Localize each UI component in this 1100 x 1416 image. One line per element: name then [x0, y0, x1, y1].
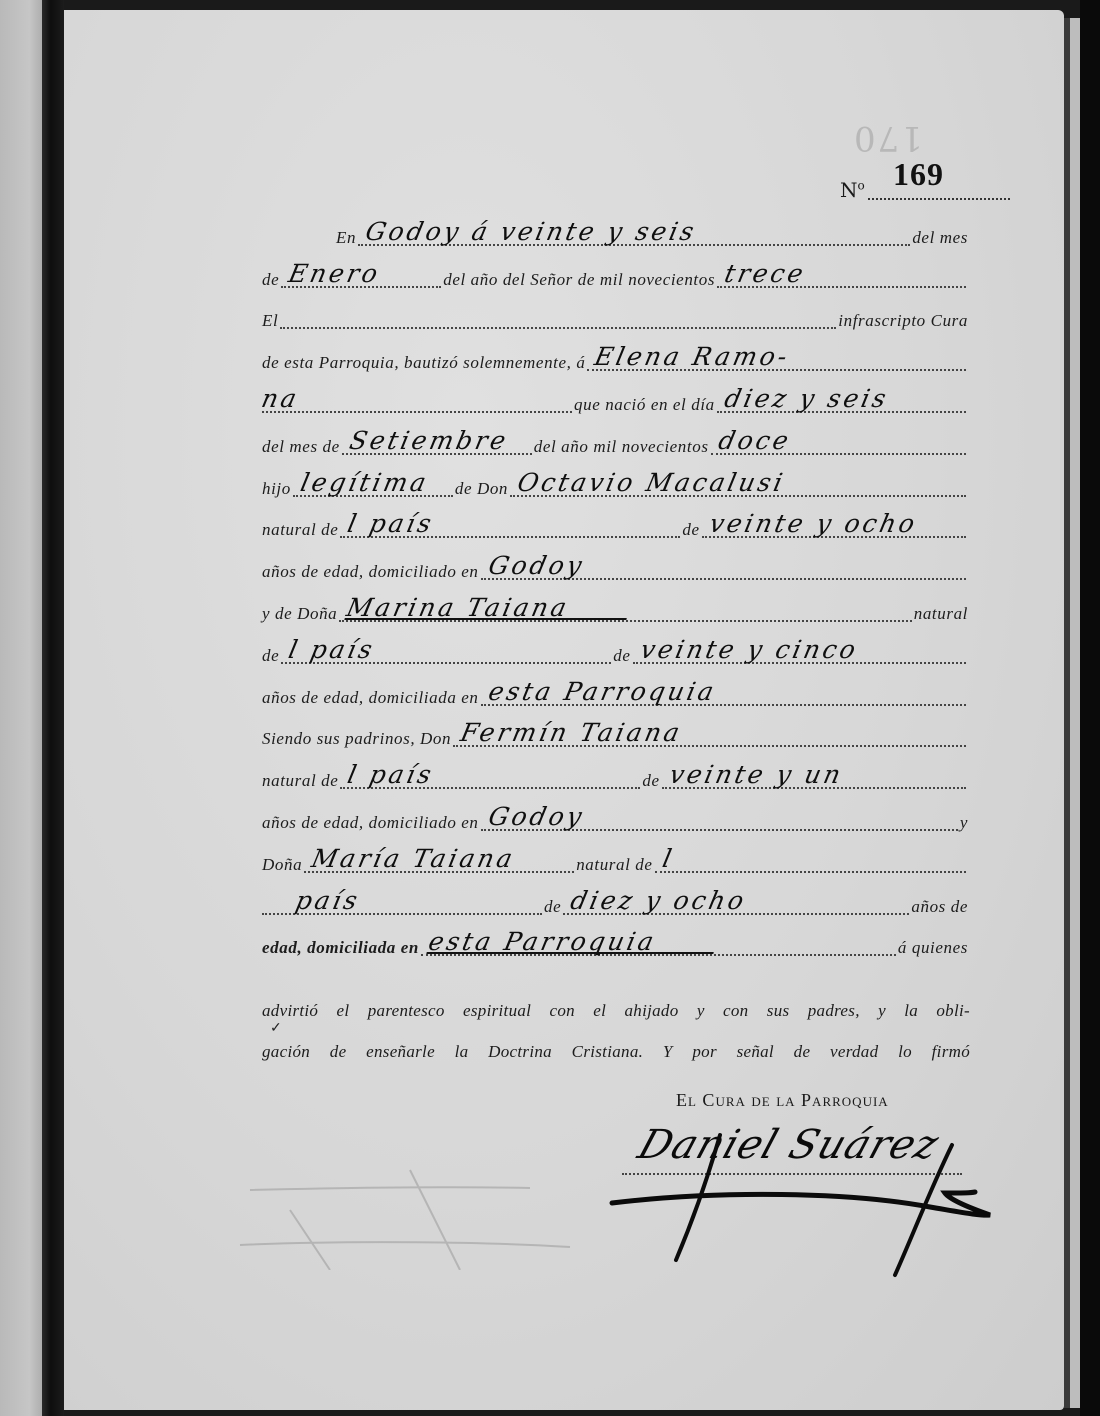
bleed-through-page-number: 170: [852, 118, 923, 158]
handwritten-year: trece: [722, 259, 809, 288]
closing-line-1: advirtió el parentesco espiritual con el…: [262, 990, 970, 1031]
field-father-name: Octavio Macalusi: [510, 469, 966, 497]
form-row-godfather: Siendo sus padrinos, Don Fermín Taiana: [262, 712, 968, 754]
field-mother-origin: l país: [281, 636, 611, 664]
priest-signature: Daniel Suárez: [600, 1100, 1000, 1280]
form-row-father-origin: natural de l país de veinte y ocho: [262, 503, 968, 545]
form-row-mother: y de Doña Marina Taiana natural: [262, 586, 968, 628]
form-row-birth-month-year: del mes de Setiembre del año mil novecie…: [262, 419, 968, 461]
closing-line-2: gación de enseñarle la Doctrina Cristian…: [262, 1031, 970, 1072]
handwritten-birth-day: diez y seis: [722, 384, 892, 413]
form-row-father: hijo legítima de Don Octavio Macalusi: [262, 461, 968, 503]
field-godmother-origin-cont: país: [262, 887, 542, 915]
handwritten-godmother-age: diez y ocho: [568, 886, 749, 915]
check-mark-icon: ✓: [270, 1020, 282, 1036]
field-godfather-age: veinte y un: [662, 761, 966, 789]
handwritten-godmother-name: María Taiana: [309, 844, 518, 873]
field-mother-residence: esta Parroquia: [481, 678, 966, 706]
field-birth-day: diez y seis: [717, 385, 966, 413]
label-a-quienes: á quienes: [898, 938, 968, 962]
label-dona: Doña: [262, 855, 302, 879]
field-month: Enero: [281, 260, 441, 288]
bleed-through-signature: [230, 1150, 610, 1270]
label-domiciliado-en: años de edad, domiciliado en: [262, 562, 479, 586]
record-number: No 169: [840, 156, 970, 206]
label-de-don: de Don: [455, 479, 508, 503]
dotted-rule: [868, 198, 1010, 200]
form-row-godmother-age: país de diez y ocho años de: [262, 879, 968, 921]
form-row-godmother: Doña María Taiana natural de l: [262, 837, 968, 879]
label-y-de-dona: y de Doña: [262, 604, 337, 628]
label-siendo-sus-padrinos: Siendo sus padrinos, Don: [262, 729, 451, 753]
label-hijo: hijo: [262, 479, 291, 503]
field-year: trece: [717, 260, 966, 288]
label-natural: natural: [914, 604, 968, 628]
label-natural-de: natural de: [262, 771, 338, 795]
handwritten-mother-name: Marina Taiana: [344, 593, 572, 622]
form-row-place-date: En Godoy á veinte y seis del mes: [262, 210, 968, 252]
label-de: de: [262, 270, 279, 294]
label-de: de: [682, 520, 699, 544]
label-y: y: [960, 813, 968, 837]
handwritten-birth-year: doce: [715, 426, 793, 455]
form-row-godfather-residence: años de edad, domiciliado en Godoy y: [262, 795, 968, 837]
label-edad-domiciliada-en: edad, domiciliada en: [262, 938, 419, 962]
form-row-godfather-origin: natural de l país de veinte y un: [262, 753, 968, 795]
handwritten-godmother-residence: esta Parroquia: [426, 927, 659, 956]
handwritten-mother-age: veinte y cinco: [637, 635, 860, 664]
field-priest: [280, 301, 836, 329]
form-row-priest: El infrascripto Cura: [262, 294, 968, 336]
field-place-day: Godoy á veinte y seis: [358, 218, 910, 246]
adjacent-page-edge: [0, 0, 42, 1416]
field-birth-year: doce: [711, 427, 966, 455]
label-de: de: [544, 897, 561, 921]
field-godfather-name: Fermín Taiana: [453, 719, 966, 747]
field-child-name: Elena Ramo-: [587, 343, 966, 371]
label-que-nacio: que nació en el día: [574, 395, 715, 419]
handwritten-legitimacy: legítima: [298, 468, 432, 497]
handwritten-father-origin: l país: [345, 509, 437, 538]
label-de: de: [642, 771, 659, 795]
label-en: En: [262, 228, 356, 252]
form-row-month-year: de Enero del año del Señor de mil noveci…: [262, 252, 968, 294]
label-natural-de: natural de: [576, 855, 652, 879]
label-anos-de: años de: [911, 897, 968, 921]
handwritten-child-name: Elena Ramo-: [592, 342, 793, 371]
form-row-baptized: de esta Parroquia, bautizó solemnemente,…: [262, 335, 968, 377]
label-del-mes-de: del mes de: [262, 437, 340, 461]
field-legitimacy: legítima: [293, 469, 453, 497]
label-ano-mil: del año mil novecientos: [534, 437, 709, 461]
field-godmother-origin: l: [655, 845, 966, 873]
label-year-intro: del año del Señor de mil novecientos: [443, 270, 715, 294]
label-el: El: [262, 311, 278, 335]
signature-flourish-icon: [600, 1100, 1000, 1280]
handwritten-father-age: veinte y ocho: [707, 509, 920, 538]
field-child-name-cont: na: [262, 385, 572, 413]
field-godmother-name: María Taiana: [304, 845, 574, 873]
handwritten-godmother-origin: l: [659, 844, 676, 873]
handwritten-child-name-cont: na: [259, 384, 302, 413]
handwritten-godfather-name: Fermín Taiana: [458, 718, 685, 747]
handwritten-mother-origin: l país: [286, 635, 378, 664]
label-del-mes: del mes: [912, 228, 968, 252]
handwritten-godfather-age: veinte y un: [667, 760, 846, 789]
label-domiciliado-en: años de edad, domiciliado en: [262, 813, 479, 837]
label-de: de: [262, 646, 279, 670]
form-row-birth-day: na que nació en el día diez y seis: [262, 377, 968, 419]
closing-paragraph: advirtió el parentesco espiritual con el…: [262, 990, 970, 1072]
handwritten-place-day: Godoy á veinte y seis: [363, 217, 699, 246]
field-godmother-age: diez y ocho: [563, 887, 909, 915]
form-row-mother-residence: años de edad, domiciliada en esta Parroq…: [262, 670, 968, 712]
field-godmother-residence: esta Parroquia: [421, 928, 896, 956]
handwritten-godfather-origin: l país: [345, 760, 437, 789]
field-birth-month: Setiembre: [342, 427, 532, 455]
field-mother-name: Marina Taiana: [339, 594, 911, 622]
handwritten-father-name: Octavio Macalusi: [515, 468, 788, 497]
field-father-age: veinte y ocho: [702, 510, 966, 538]
handwritten-father-residence: Godoy: [485, 551, 586, 580]
scanner-background: [1080, 0, 1100, 1416]
field-father-origin: l país: [340, 510, 680, 538]
handwritten-godmother-origin-cont: país: [293, 886, 363, 915]
label-natural-de: natural de: [262, 520, 338, 544]
form-row-father-residence: años de edad, domiciliado en Godoy: [262, 544, 968, 586]
form-row-mother-origin: de l país de veinte y cinco: [262, 628, 968, 670]
baptism-form: En Godoy á veinte y seis del mes de Ener…: [262, 210, 968, 962]
handwritten-godfather-residence: Godoy: [485, 802, 586, 831]
field-father-residence: Godoy: [481, 552, 966, 580]
label-infrascripto-cura: infrascripto Cura: [838, 311, 968, 335]
book-gutter: [42, 0, 64, 1416]
label-bautizo: de esta Parroquia, bautizó solemnemente,…: [262, 353, 585, 377]
field-mother-age: veinte y cinco: [633, 636, 967, 664]
handwritten-month: Enero: [286, 259, 383, 288]
handwritten-birth-month: Setiembre: [347, 426, 511, 455]
form-row-godmother-residence: edad, domiciliada en esta Parroquia á qu…: [262, 921, 968, 963]
label-de: de: [613, 646, 630, 670]
label-domiciliada-en: años de edad, domiciliada en: [262, 688, 479, 712]
record-number-label: No: [840, 178, 865, 202]
field-godfather-origin: l país: [340, 761, 640, 789]
record-number-value: 169: [893, 156, 944, 193]
page-stack-edge: [1070, 18, 1080, 1408]
field-godfather-residence: Godoy: [481, 803, 958, 831]
handwritten-mother-residence: esta Parroquia: [485, 677, 718, 706]
